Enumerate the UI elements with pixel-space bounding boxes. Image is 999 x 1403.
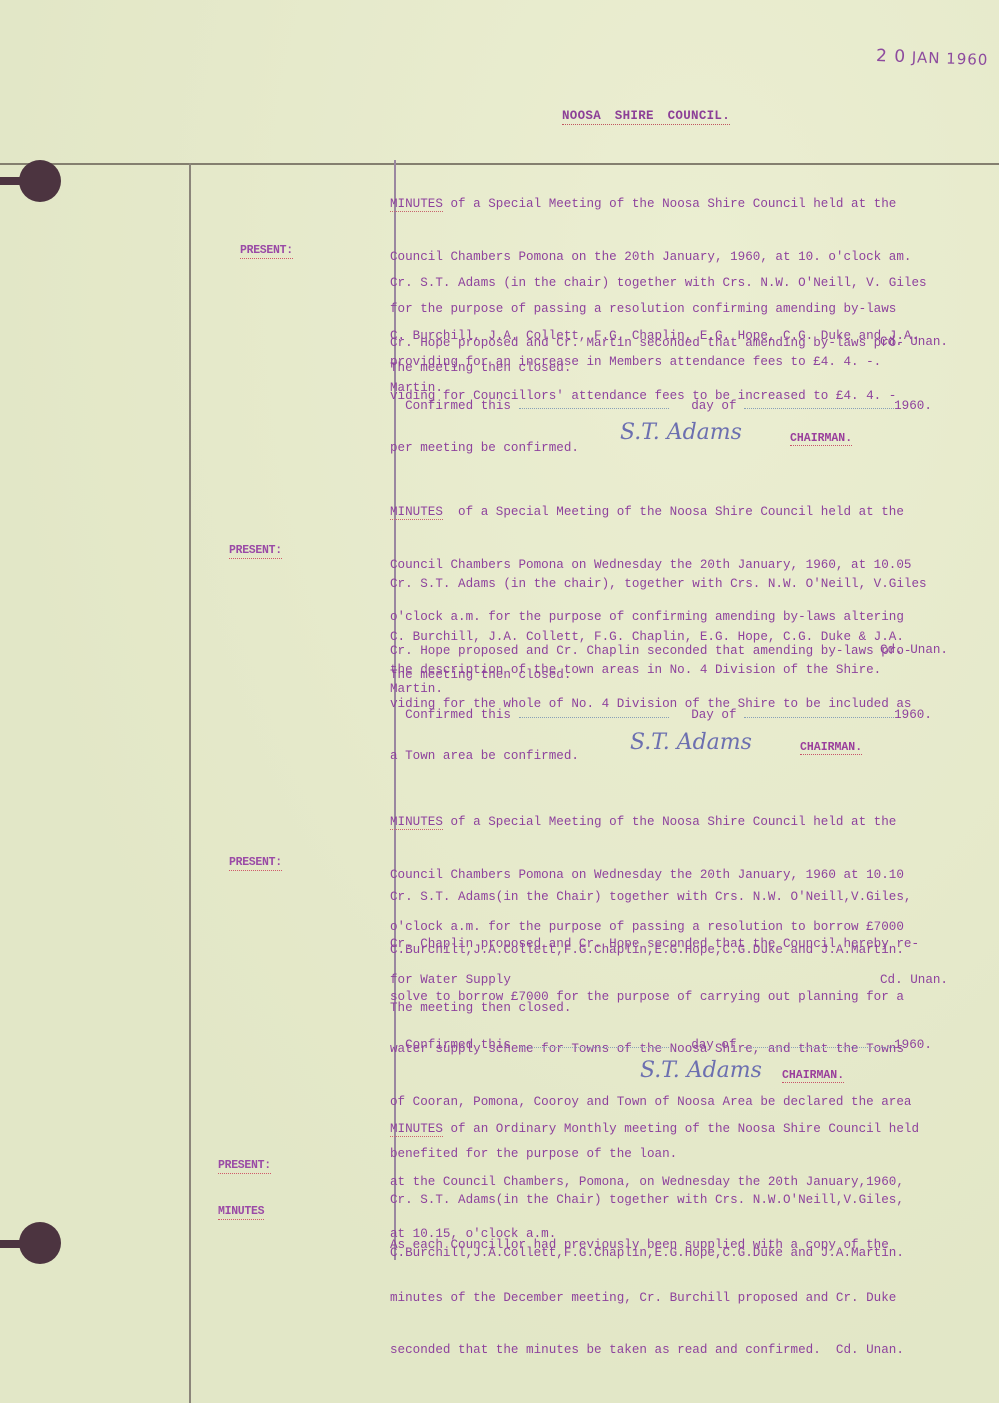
- meeting-closed: The meeting then closed.: [390, 1001, 990, 1015]
- page-title: NOOSA SHIRE COUNCIL.: [562, 109, 730, 125]
- text-line: of a Special Meeting of the Noosa Shire …: [443, 815, 896, 829]
- confirmed-line: Confirmed this Day of 1960.: [390, 694, 990, 722]
- minutes-heading: MINUTES: [390, 197, 443, 212]
- confirmed-line: Confirmed this day of 1960.: [390, 385, 990, 413]
- label-present: PRESENT:: [240, 244, 293, 259]
- minutes-heading: MINUTES: [390, 505, 443, 520]
- label-minutes: MINUTES: [218, 1205, 264, 1220]
- confirmed-line: Confirmed this day of 1960.: [390, 1024, 990, 1052]
- minutes-heading: MINUTES: [390, 815, 443, 830]
- confirmed-middle: day of: [691, 1038, 736, 1052]
- text-line: minutes of the December meeting, Cr. Bur…: [390, 1290, 990, 1308]
- blank-day: [519, 408, 669, 409]
- confirmed-year: 1960.: [894, 1038, 932, 1052]
- chairman-label: CHAIRMAN.: [790, 432, 852, 446]
- blank-month: [744, 408, 894, 409]
- carried-text: Cd. Unan.: [880, 643, 948, 657]
- text-line: of a Special Meeting of the Noosa Shire …: [443, 505, 904, 519]
- punch-hole-icon: [19, 1222, 61, 1264]
- blank-month: [744, 1047, 894, 1048]
- blank-day: [519, 717, 669, 718]
- margin-rule: [189, 163, 191, 1403]
- section-4-minutes: As each Councillor had previously been s…: [390, 1202, 990, 1377]
- label-present: PRESENT:: [218, 1159, 271, 1174]
- chairman-label: CHAIRMAN.: [800, 741, 862, 755]
- punch-hole-icon: [19, 160, 61, 202]
- text-line: As each Councillor had previously been s…: [390, 1237, 990, 1255]
- text-line: Cr. S.T. Adams (in the chair), together …: [390, 576, 990, 594]
- text-line: seconded that the minutes be taken as re…: [390, 1342, 990, 1360]
- meeting-closed: The meeting then closed.: [390, 668, 990, 682]
- confirmed-middle: day of: [691, 399, 736, 413]
- chairman-signature: S.T. Adams: [640, 1058, 762, 1083]
- confirmed-year: 1960.: [894, 399, 932, 413]
- label-present: PRESENT:: [229, 544, 282, 559]
- minutes-heading: MINUTES: [390, 1122, 443, 1137]
- confirmed-year: 1960.: [894, 708, 932, 722]
- date-stamp: 2 0 JAN 1960: [876, 46, 989, 70]
- label-present: PRESENT:: [229, 856, 282, 871]
- chairman-signature: S.T. Adams: [630, 730, 752, 755]
- carried-text: Cd. Unan.: [880, 335, 948, 349]
- confirmed-prefix: Confirmed this: [405, 1038, 511, 1052]
- stamp-month-year: JAN 1960: [912, 48, 989, 69]
- text-line: of a Special Meeting of the Noosa Shire …: [443, 197, 896, 211]
- text-line: Cr. S.T. Adams (in the chair) together w…: [390, 275, 990, 293]
- confirmed-prefix: Confirmed this: [405, 399, 511, 413]
- meeting-closed: The meeting then closed.: [390, 361, 990, 375]
- blank-day: [519, 1047, 669, 1048]
- confirmed-middle: Day of: [691, 708, 736, 722]
- chairman-signature: S.T. Adams: [620, 420, 742, 445]
- text-line: Cr. Chaplin proposed and Cr. Hope second…: [390, 936, 990, 954]
- confirmed-prefix: Confirmed this: [405, 708, 511, 722]
- stamp-day: 2 0: [876, 46, 907, 67]
- carried-text: Cd. Unan.: [880, 973, 948, 987]
- blank-month: [744, 717, 894, 718]
- chairman-label: CHAIRMAN.: [782, 1069, 844, 1083]
- text-line: of an Ordinary Monthly meeting of the No…: [443, 1122, 919, 1136]
